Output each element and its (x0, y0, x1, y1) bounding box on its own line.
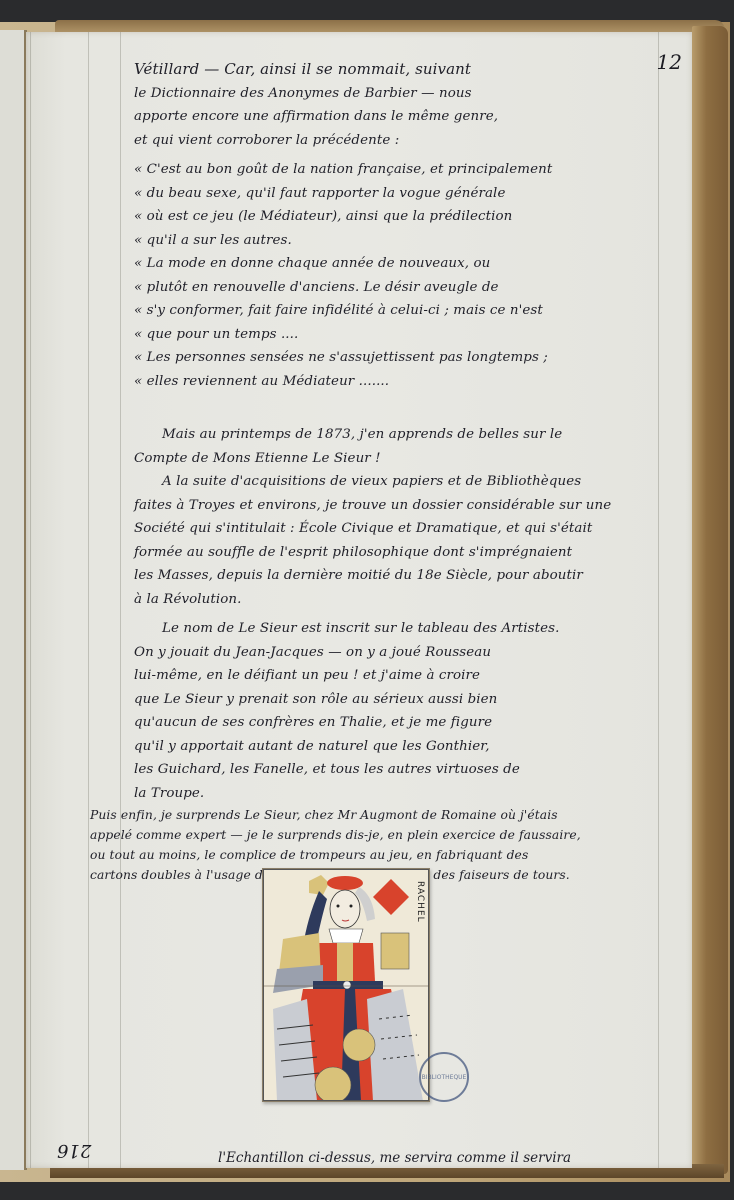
margin-rule (120, 32, 121, 1168)
text-line: « elles reviennent au Médiateur ....... (134, 370, 654, 394)
margin-rule (658, 32, 659, 1168)
text-line: « Les personnes sensées ne s'assujettiss… (134, 346, 654, 370)
text-line: apporte encore une affirmation dans le m… (134, 105, 654, 129)
text-line: ou tout au moins, le complice de trompeu… (90, 845, 654, 865)
text-line: Vétillard — Car, ainsi il se nommait, su… (134, 58, 654, 82)
text-line: qu'il y apportait autant de naturel que … (134, 735, 654, 759)
text-line: les Guichard, les Fanelle, et tous les a… (134, 758, 654, 782)
text-line: lui-même, en le déifiant un peu ! et j'a… (134, 664, 654, 688)
quotation-block: « C'est au bon goût de la nation françai… (134, 158, 654, 393)
text-line: « qu'il a sur les autres. (134, 229, 654, 253)
text-line: formée au souffle de l'esprit philosophi… (134, 541, 654, 565)
text-line: à la Révolution. (134, 588, 654, 612)
manuscript-page: 12 216 Vétillard — Car, ainsi il se nomm… (26, 32, 692, 1168)
text-line: appelé comme expert — je le surprends di… (90, 825, 654, 845)
margin-rule (88, 32, 89, 1168)
text-line: Le nom de Le Sieur est inscrit sur le ta… (134, 617, 654, 641)
margin-rule (30, 32, 31, 1168)
library-stamp: BIBLIOTHEQUE (419, 1052, 469, 1102)
text-line: « plutôt en renouvelle d'anciens. Le dés… (134, 276, 654, 300)
previous-page-edge (0, 30, 27, 1170)
folio-number: 216 (57, 1140, 91, 1161)
text-line: « que pour un temps .... (134, 323, 654, 347)
text-line: « La mode en donne chaque année de nouve… (134, 252, 654, 276)
text-line: « où est ce jeu (le Médiateur), ainsi qu… (134, 205, 654, 229)
text-line: Puis enfin, je surprends Le Sieur, chez … (90, 805, 654, 825)
paragraph-le-sieur: Le nom de Le Sieur est inscrit sur le ta… (134, 617, 654, 805)
text-line: « s'y conformer, fait faire infidélité à… (134, 299, 654, 323)
card-figure-name: RACHEL (415, 881, 425, 923)
text-line: On y jouait du Jean-Jacques — on y a jou… (134, 641, 654, 665)
text-line: A la suite d'acquisitions de vieux papie… (134, 470, 654, 494)
text-line: Compte de Mons Etienne Le Sieur ! (134, 447, 654, 471)
text-line: Mais au printemps de 1873, j'en apprends… (134, 423, 654, 447)
text-line: et qui vient corroborer la précédente : (134, 129, 654, 153)
handwritten-text: Vétillard — Car, ainsi il se nommait, su… (134, 58, 654, 885)
stamp-text: BIBLIOTHEQUE (422, 1074, 467, 1081)
text-line: que Le Sieur y prenait son rôle au série… (134, 688, 654, 712)
text-line: « du beau sexe, qu'il faut rapporter la … (134, 182, 654, 206)
card-fold-line (263, 985, 429, 987)
paragraph-acquisitions: A la suite d'acquisitions de vieux papie… (134, 470, 654, 611)
caption-line: l'Echantillon ci-dessus, me servira comm… (218, 1150, 571, 1166)
binding-right-edge (692, 26, 728, 1174)
text-line: la Troupe. (134, 782, 654, 806)
text-line: les Masses, depuis la dernière moitié du… (134, 564, 654, 588)
text-line: « C'est au bon goût de la nation françai… (134, 158, 654, 182)
paragraph-printemps: Mais au printemps de 1873, j'en apprends… (134, 423, 654, 470)
page-number: 12 (657, 50, 682, 74)
text-line: le Dictionnaire des Anonymes de Barbier … (134, 82, 654, 106)
playing-card-queen-of-diamonds: RACHEL (262, 868, 430, 1102)
text-line: faites à Troyes et environs, je trouve u… (134, 494, 654, 518)
paragraph-vetillard: Vétillard — Car, ainsi il se nommait, su… (134, 58, 654, 152)
text-line: qu'aucun de ses confrères en Thalie, et … (134, 711, 654, 735)
text-line: Société qui s'intitulait : École Civique… (134, 517, 654, 541)
